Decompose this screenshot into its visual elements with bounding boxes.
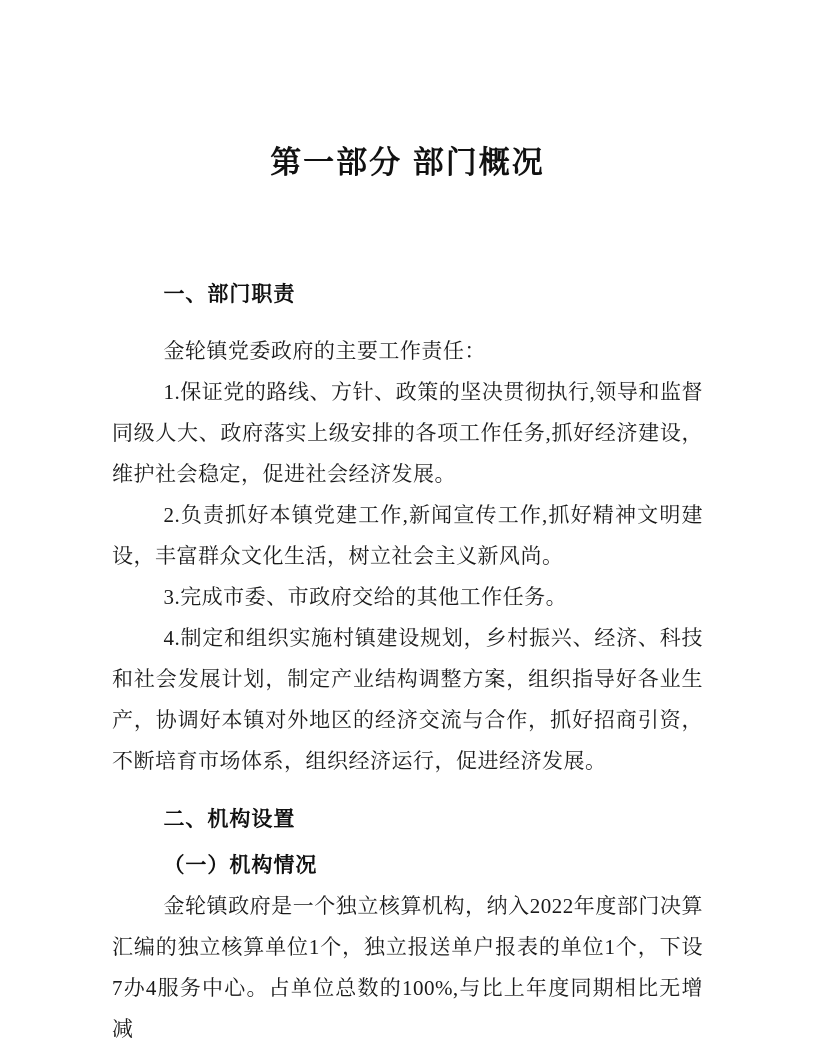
section-1-intro-paragraph: 金轮镇党委政府的主要工作责任： <box>112 331 703 372</box>
document-page: 第一部分 部门概况 一、部门职责 金轮镇党委政府的主要工作责任： 1.保证党的路… <box>0 0 815 1055</box>
section-1-item-3-paragraph: 3.完成市委、市政府交给的其他工作任务。 <box>112 577 703 618</box>
section-1-item-1-paragraph: 1.保证党的路线、方针、政策的坚决贯彻执行,领导和监督同级人大、政府落实上级安排… <box>112 372 703 495</box>
section-1-item-2-paragraph: 2.负责抓好本镇党建工作,新闻宣传工作,抓好精神文明建设，丰富群众文化生活，树立… <box>112 495 703 577</box>
document-title: 第一部分 部门概况 <box>112 0 703 183</box>
section-2-heading: 二、机构设置 <box>112 806 703 834</box>
section-1-heading: 一、部门职责 <box>112 281 703 309</box>
section-1-item-4-paragraph: 4.制定和组织实施村镇建设规划，乡村振兴、经济、科技和社会发展计划，制定产业结构… <box>112 618 703 782</box>
section-2-paragraph: 金轮镇政府是一个独立核算机构，纳入2022年度部门决算汇编的独立核算单位1个，独… <box>112 886 703 1050</box>
section-2-subheading: （一）机构情况 <box>112 850 703 880</box>
